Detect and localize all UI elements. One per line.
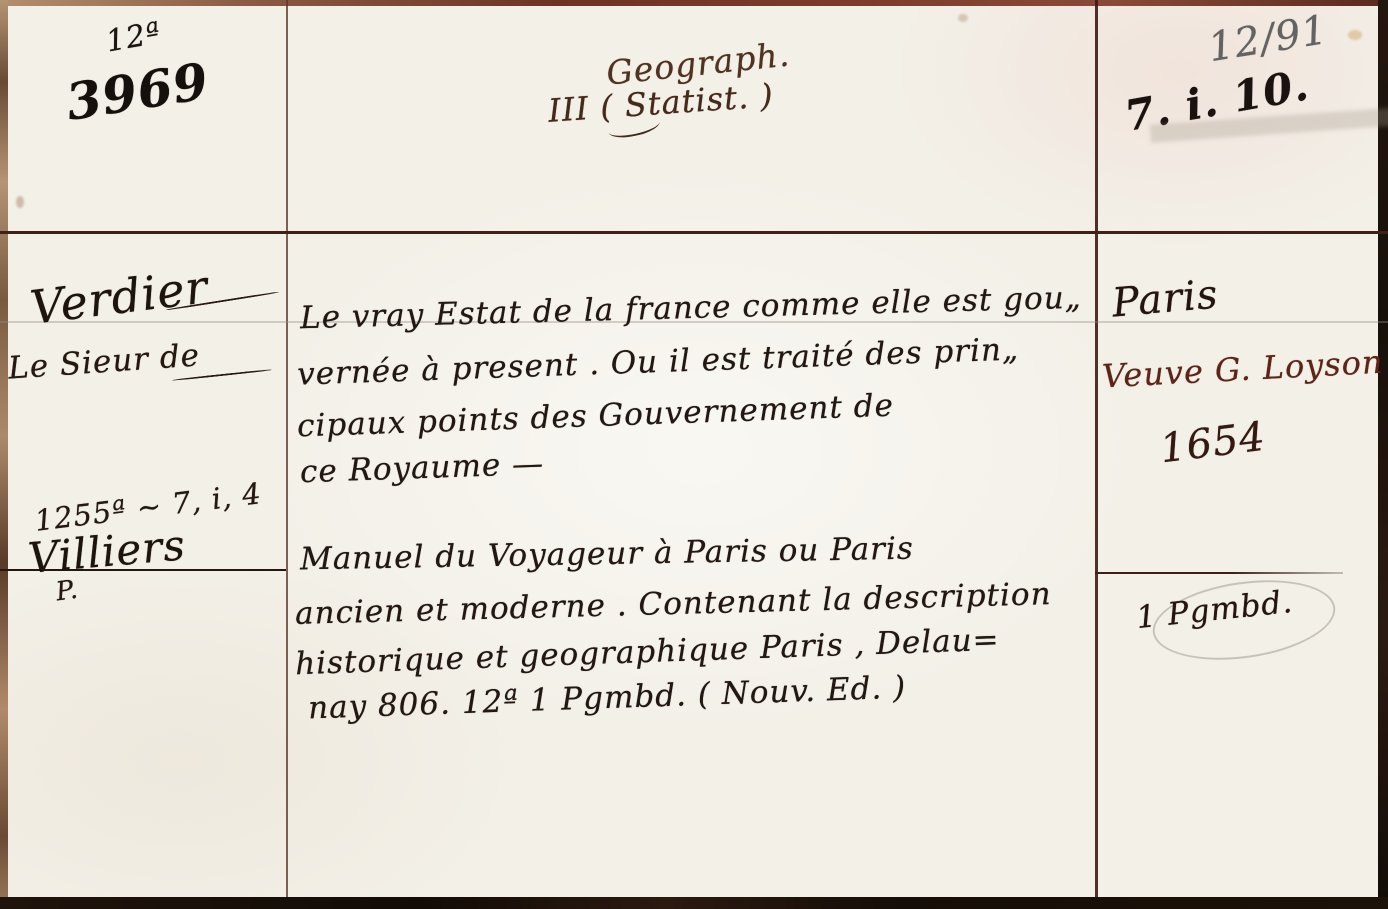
shelf-number: 3969 [62,51,213,132]
stain-spot-left [16,196,24,208]
imprint-place: Paris [1110,271,1220,326]
imprint-column-bottom-rule [1095,572,1343,574]
header-rule [0,231,1388,234]
format-note: 12ª [103,15,164,59]
card-edge-left [0,0,8,909]
pencil-number: 12/91 [1205,7,1331,71]
column-divider-right [1095,0,1098,897]
card-edge-top [0,0,1388,6]
card-edge-bottom [0,897,1388,909]
classification: III ( Statist. ) [547,76,775,130]
column-divider-left [286,0,288,897]
catalogue-card: 12ª 3969 Geograph. III ( Statist. ) 12/9… [0,0,1388,909]
imprint-publisher: Veuve G. Loyson [1101,343,1384,396]
title-entry1-line1: Le vray Estat de la france comme elle es… [300,280,1083,336]
card-edge-right [1378,0,1388,909]
title-entry1-line2: vernée à present . Ou il est traité des … [297,331,1020,392]
title-entry1-line4: ce Royaume — [299,446,544,490]
stain-spot-center [958,14,968,22]
cross-reference-initial: P. [54,575,80,608]
title-entry1-line3: cipaux points des Gouvernement de [297,388,895,445]
title-entry2-line1: Manuel du Voyageur à Paris ou Paris [300,531,914,578]
imprint-year: 1654 [1158,414,1269,473]
stain-spot-top-right [1348,30,1362,40]
author-name: Verdier [27,259,211,334]
